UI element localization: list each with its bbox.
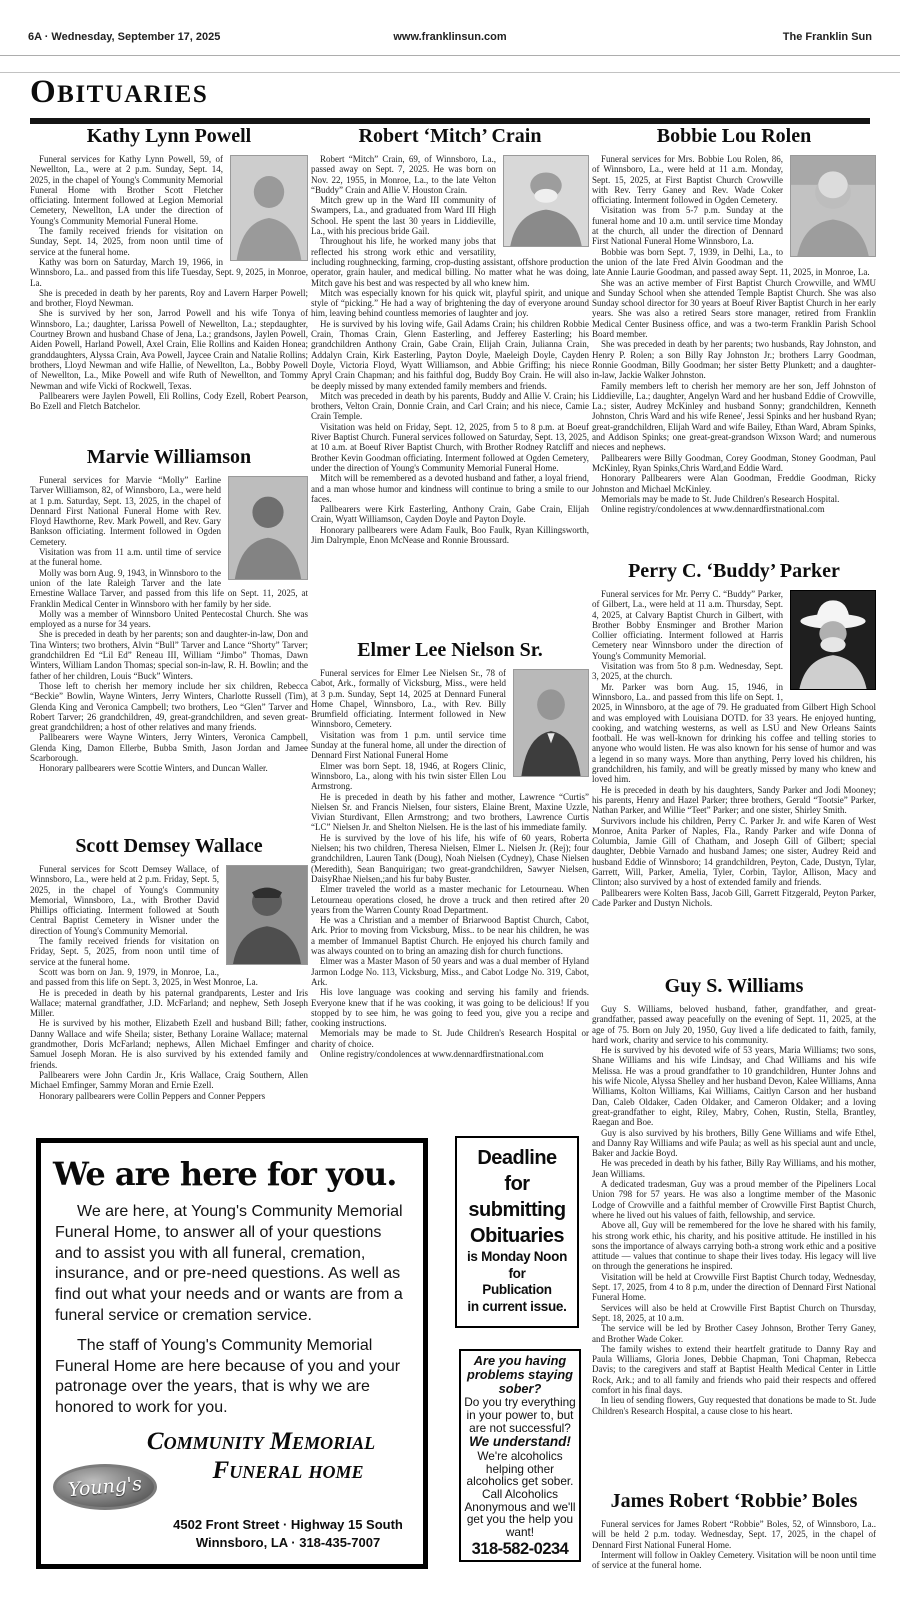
obituary-paragraph: Honorary pallbearers were Adam Faulk, Bo… bbox=[311, 525, 589, 546]
obituary-paragraph: Memorials may be made to St. Jude Childr… bbox=[592, 494, 876, 504]
obituary-bobbie-lou-rolen: Bobbie Lou Rolen Funeral services for Mr… bbox=[592, 126, 876, 514]
website-url: www.franklinsun.com bbox=[309, 31, 590, 43]
obituary-paragraph: Pallbearers were Jaylen Powell, Eli Roll… bbox=[30, 391, 308, 412]
obituary-paragraph: Elmer was a Master Mason of 50 years and… bbox=[311, 956, 589, 987]
obituary-paragraph: The service will be led by Brother Casey… bbox=[592, 1323, 876, 1344]
obituary-paragraph: Online registry/condolences at www.denna… bbox=[592, 504, 876, 514]
aa-body-2: We're alcoholics helping other alcoholic… bbox=[462, 1450, 578, 1538]
section-top-rule bbox=[0, 72, 900, 73]
obituary-paragraph: Kathy was born on Saturday, March 19, 19… bbox=[30, 257, 308, 288]
obituary-paragraph: Above all, Guy will be remembered for th… bbox=[592, 1220, 876, 1271]
obituary-paragraph: She was preceded in death by her parents… bbox=[592, 339, 876, 380]
photo-perry-buddy-parker bbox=[790, 590, 876, 690]
obituary-perry-c-buddy-parker: Perry C. ‘Buddy’ Parker Funeral services… bbox=[592, 561, 876, 908]
obituary-paragraph: In lieu of sending flowers, Guy requeste… bbox=[592, 1395, 876, 1416]
deadline-notice-line: Obituaries bbox=[457, 1223, 577, 1249]
obituary-title: Guy S. Williams bbox=[592, 976, 876, 997]
deadline-title: DeadlineforsubmittingObituaries bbox=[457, 1145, 577, 1249]
alcoholics-anonymous-notice: Are you having problems staying sober? D… bbox=[459, 1349, 581, 1562]
obituary-paragraph: He was preceded in death by his father, … bbox=[592, 1158, 876, 1179]
obituary-paragraph: He is preceded in death by his daughters… bbox=[592, 785, 876, 816]
obituary-guy-s-williams: Guy S. Williams Guy S. Williams, beloved… bbox=[592, 976, 876, 1416]
obituary-paragraph: Funeral services for James Robert “Robbi… bbox=[592, 1519, 876, 1550]
obituary-paragraph: Online registry/condolences at www.denna… bbox=[311, 1049, 589, 1059]
deadline-notice-line: submitting bbox=[457, 1197, 577, 1223]
ad-address-line1: 4502 Front Street · Highway 15 South bbox=[165, 1516, 411, 1534]
aa-body-1: Do you try everything in your power to, … bbox=[462, 1396, 578, 1434]
obituary-paragraph: Mitch was especially known for his quick… bbox=[311, 288, 589, 319]
obituary-title: Bobbie Lou Rolen bbox=[592, 126, 876, 147]
obituary-paragraph: Those left to cherish her memory include… bbox=[30, 681, 308, 732]
obituary-title: Perry C. ‘Buddy’ Parker bbox=[592, 561, 876, 582]
obituary-text: Guy S. Williams, beloved husband, father… bbox=[592, 1004, 876, 1416]
section-title-initial: O bbox=[30, 74, 57, 110]
obituary-title: Marvie Williamson bbox=[30, 447, 308, 468]
ad-address-line2: Winnsboro, LA · 318-435-7007 bbox=[165, 1534, 411, 1552]
obituary-paragraph: He is survived by his loving wife, Gail … bbox=[311, 319, 589, 391]
obituary-title: Scott Demsey Wallace bbox=[30, 836, 308, 857]
ad-headline: We are here for you. bbox=[53, 1155, 411, 1193]
deadline-detail: is Monday NoonforPublicationin current i… bbox=[457, 1249, 577, 1315]
photo-elmer-lee-nielson bbox=[513, 669, 589, 777]
obituary-paragraph: Honorary pallbearers were Scottie Winter… bbox=[30, 763, 308, 773]
obituary-paragraph: Family members left to cherish her memor… bbox=[592, 381, 876, 453]
aa-phone-number: 318-582-0234 bbox=[462, 1540, 578, 1558]
section-title-rest: BITUARIES bbox=[57, 81, 208, 108]
obituary-paragraph: The family wishes to extend their heartf… bbox=[592, 1344, 876, 1395]
page-number-and-date: 6A · Wednesday, September 17, 2025 bbox=[28, 31, 309, 43]
ad-paragraph-2: The staff of Young's Community Memorial … bbox=[55, 1336, 409, 1419]
obituary-title: Kathy Lynn Powell bbox=[30, 126, 308, 147]
obituary-paragraph: Guy is also survived by his brothers, Bi… bbox=[592, 1128, 876, 1159]
obituary-title: James Robert ‘Robbie’ Boles bbox=[592, 1491, 876, 1512]
obituary-title: Elmer Lee Nielson Sr. bbox=[311, 640, 589, 661]
newspaper-page: 6A · Wednesday, September 17, 2025 www.f… bbox=[0, 0, 900, 1620]
masthead-rule bbox=[0, 55, 900, 56]
obituary-paragraph: She was an active member of First Baptis… bbox=[592, 278, 876, 340]
obituary-paragraph: Guy S. Williams, beloved husband, father… bbox=[592, 1004, 876, 1045]
obituary-paragraph: Visitation will be held at Crowville Fir… bbox=[592, 1272, 876, 1303]
obituary-paragraph: Interment will follow in Oakley Cemetery… bbox=[592, 1550, 876, 1571]
obituary-paragraph: He is survived by the love of his life, … bbox=[311, 833, 589, 884]
photo-robert-mitch-crain bbox=[503, 155, 589, 247]
obituary-paragraph: Pallbearers were Billy Goodman, Corey Go… bbox=[592, 453, 876, 474]
obituary-paragraph: Scott was born on Jan. 9, 1979, in Monro… bbox=[30, 967, 308, 988]
deadline-notice-line: in current issue. bbox=[457, 1299, 577, 1316]
obituary-scott-demsey-wallace: Scott Demsey Wallace Funeral services fo… bbox=[30, 836, 308, 1101]
obituary-paragraph: Memorials may be made to St. Jude Childr… bbox=[311, 1028, 589, 1049]
obituary-paragraph: Pallbearers were Kirk Easterling, Anthon… bbox=[311, 504, 589, 525]
deadline-notice-line: for bbox=[457, 1171, 577, 1197]
obituary-title: Robert ‘Mitch’ Crain bbox=[311, 126, 589, 147]
obituary-deadline-notice: DeadlineforsubmittingObituaries is Monda… bbox=[455, 1136, 579, 1328]
obituary-paragraph: Molly was a member of Winnsboro United P… bbox=[30, 609, 308, 630]
newspaper-name: The Franklin Sun bbox=[591, 31, 872, 43]
aa-question: Are you having problems staying sober? bbox=[462, 1354, 578, 1395]
obituary-paragraph: Survivors include his children, Perry C.… bbox=[592, 816, 876, 888]
ad-paragraph-1: We are here, at Young's Community Memori… bbox=[55, 1202, 409, 1327]
obituary-paragraph: Services will also be held at Crowville … bbox=[592, 1303, 876, 1324]
youngs-logo-script: Young's bbox=[67, 1473, 143, 1501]
photo-marvie-williamson bbox=[228, 476, 308, 580]
deadline-notice-line: Publication bbox=[457, 1282, 577, 1299]
aa-emphasis: We understand! bbox=[462, 1435, 578, 1449]
obituary-marvie-williamson: Marvie Williamson Funeral services for M… bbox=[30, 447, 308, 774]
obituary-james-robert-robbie-boles: James Robert ‘Robbie’ Boles Funeral serv… bbox=[592, 1491, 876, 1570]
funeral-home-ad: We are here for you. We are here, at You… bbox=[36, 1138, 428, 1569]
deadline-notice-line: for bbox=[457, 1266, 577, 1283]
obituary-paragraph: Honorary pallbearers were Collin Peppers… bbox=[30, 1091, 308, 1101]
ad-brand-block: Community Memorial Funeral home Young's bbox=[53, 1428, 411, 1516]
obituary-text: Funeral services for James Robert “Robbi… bbox=[592, 1519, 876, 1570]
obituary-paragraph: Mitch was preceded in death by his paren… bbox=[311, 391, 589, 422]
photo-scott-demsey-wallace bbox=[226, 865, 308, 965]
obituary-elmer-lee-nielson-sr: Elmer Lee Nielson Sr. Funeral services f… bbox=[311, 640, 589, 1059]
masthead: 6A · Wednesday, September 17, 2025 www.f… bbox=[28, 31, 872, 43]
brand-name-line1: Community Memorial bbox=[111, 1428, 411, 1457]
brand-name-line2: Funeral home bbox=[165, 1457, 411, 1486]
obituary-paragraph: He is preceded in death by his paternal … bbox=[30, 988, 308, 1019]
obituary-robert-mitch-crain: Robert ‘Mitch’ Crain Robert “Mitch” Crai… bbox=[311, 126, 589, 545]
photo-bobbie-lou-rolen bbox=[790, 155, 876, 257]
obituary-paragraph: Mitch will be remembered as a devoted hu… bbox=[311, 473, 589, 504]
obituary-paragraph: Visitation was held on Friday, Sept. 12,… bbox=[311, 422, 589, 473]
obituary-paragraph: Pallbearers were Wayne Winters, Jerry Wi… bbox=[30, 732, 308, 763]
section-title-obituaries: OBITUARIES bbox=[30, 76, 208, 109]
obituary-paragraph: Pallbearers were Kolten Bass, Jacob Gill… bbox=[592, 888, 876, 909]
obituary-paragraph: He is survived by his mother, Elizabeth … bbox=[30, 1018, 308, 1069]
deadline-notice-line: is Monday Noon bbox=[457, 1249, 577, 1266]
obituary-paragraph: Honorary Pallbearers were Alan Goodman, … bbox=[592, 473, 876, 494]
section-divider-bar bbox=[30, 118, 870, 124]
obituary-paragraph: A dedicated tradesman, Guy was a proud m… bbox=[592, 1179, 876, 1220]
youngs-logo: Young's bbox=[53, 1464, 157, 1510]
deadline-notice-line: Deadline bbox=[457, 1145, 577, 1171]
obituary-paragraph: His love language was cooking and servin… bbox=[311, 987, 589, 1028]
obituary-paragraph: She is preceded in death by her parents,… bbox=[30, 288, 308, 309]
obituary-paragraph: He was a Christian and a member of Briar… bbox=[311, 915, 589, 956]
photo-kathy-lynn-powell bbox=[230, 155, 308, 261]
obituary-paragraph: Mr. Parker was born Aug. 15, 1946, in Wi… bbox=[592, 682, 876, 785]
obituary-paragraph: She is preceded in death by her parents;… bbox=[30, 629, 308, 680]
obituary-kathy-lynn-powell: Kathy Lynn Powell Funeral services for K… bbox=[30, 126, 308, 411]
obituary-paragraph: Elmer traveled the world as a master mec… bbox=[311, 884, 589, 915]
obituary-paragraph: She is survived by her son, Jarrod Powel… bbox=[30, 308, 308, 390]
obituary-paragraph: Pallbearers were John Cardin Jr., Kris W… bbox=[30, 1070, 308, 1091]
obituary-paragraph: He is survived by his devoted wife of 53… bbox=[592, 1045, 876, 1127]
obituary-paragraph: He is preceded in death by his father an… bbox=[311, 792, 589, 833]
